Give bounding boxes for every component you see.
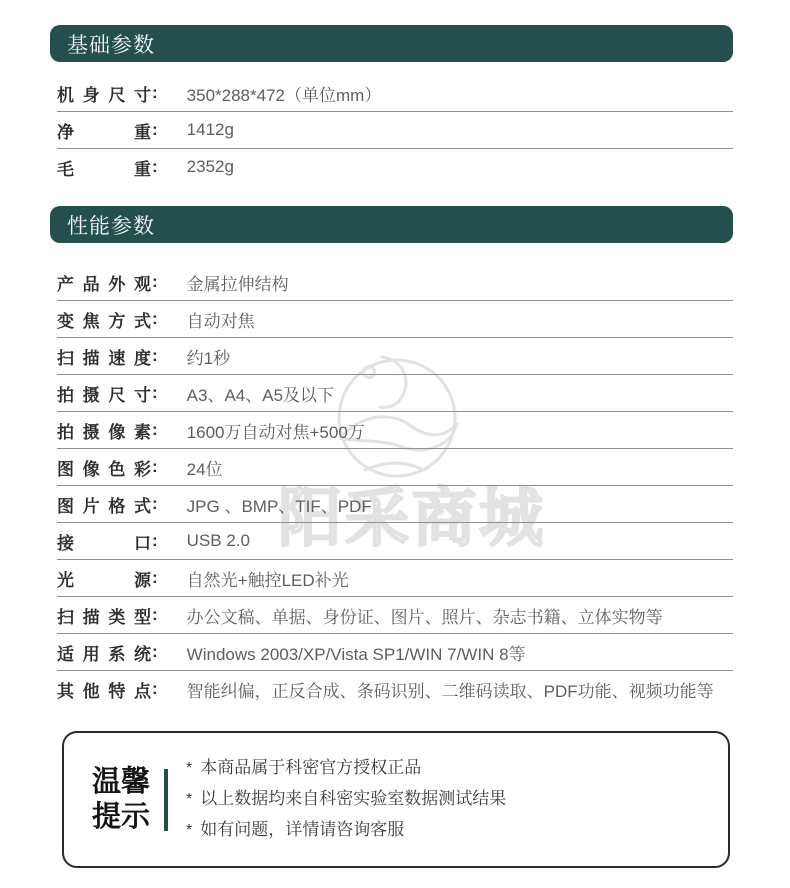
basic-spec-table: 机身尺寸: 350*288*472（单位mm） 净重: 1412g 毛重: 23… <box>57 75 733 185</box>
spec-colon: : <box>152 272 158 292</box>
spec-value: USB 2.0 <box>187 531 250 551</box>
spec-colon: : <box>152 157 158 177</box>
spec-colon: : <box>152 679 158 699</box>
product-spec-page: 基础参数 机身尺寸: 350*288*472（单位mm） 净重: 1412g 毛… <box>0 25 790 868</box>
spec-label: 毛重 <box>57 155 151 180</box>
spec-row: 净重: 1412g <box>57 112 733 149</box>
spec-row: 其他特点: 智能纠偏，正反合成、条码识别、二维码读取、PDF功能、视频功能等 <box>57 671 733 707</box>
spec-colon: : <box>152 120 158 140</box>
spec-colon: : <box>152 531 158 551</box>
spec-label: 拍摄尺寸 <box>57 381 151 406</box>
spec-value: 24位 <box>187 455 223 480</box>
spec-row: 扫描类型: 办公文稿、单据、身份证、图片、照片、杂志书籍、立体实物等 <box>57 597 733 634</box>
spec-value: 1600万自动对焦+500万 <box>187 418 365 443</box>
spec-label: 机身尺寸 <box>57 81 151 106</box>
spec-label: 扫描类型 <box>57 603 151 628</box>
spec-colon: : <box>152 494 158 514</box>
section-header-basic: 基础参数 <box>50 25 733 62</box>
spec-value: 金属拉伸结构 <box>187 270 289 295</box>
spec-row: 毛重: 2352g <box>57 149 733 185</box>
tip-item: *如有问题，详情请咨询客服 <box>186 815 506 846</box>
asterisk-bullet: * <box>186 816 192 846</box>
section-title: 性能参数 <box>67 210 155 240</box>
spec-label: 产品外观 <box>57 270 151 295</box>
spec-colon: : <box>152 420 158 440</box>
spec-colon: : <box>152 383 158 403</box>
spec-value: A3、A4、A5及以下 <box>187 381 334 406</box>
tip-text: 如有问题，详情请咨询客服 <box>200 820 404 839</box>
spec-value: 办公文稿、单据、身份证、图片、照片、杂志书籍、立体实物等 <box>187 603 663 628</box>
performance-spec-table: 产品外观: 金属拉伸结构 变焦方式: 自动对焦 扫描速度: 约1秒 拍摄尺寸: … <box>57 264 733 707</box>
section-header-performance: 性能参数 <box>50 206 733 243</box>
tips-list: *本商品属于科密官方授权正品 *以上数据均来自科密实验室数据测试结果 *如有问题… <box>186 753 506 846</box>
spec-row: 接口: USB 2.0 <box>57 523 733 560</box>
tips-box: 温馨 提示 *本商品属于科密官方授权正品 *以上数据均来自科密实验室数据测试结果… <box>62 731 730 868</box>
spec-row: 拍摄尺寸: A3、A4、A5及以下 <box>57 375 733 412</box>
spec-value: 1412g <box>187 120 234 140</box>
spec-row: 机身尺寸: 350*288*472（单位mm） <box>57 75 733 112</box>
tips-divider <box>164 769 168 831</box>
spec-value: JPG 、BMP、TIF、PDF <box>187 492 372 517</box>
spec-colon: : <box>152 605 158 625</box>
spec-label: 适用系统 <box>57 640 151 665</box>
tips-title-line1: 温馨 <box>92 765 152 800</box>
spec-label: 净重 <box>57 118 151 143</box>
spec-row: 图片格式: JPG 、BMP、TIF、PDF <box>57 486 733 523</box>
spec-label: 图片格式 <box>57 492 151 517</box>
tip-text: 以上数据均来自科密实验室数据测试结果 <box>200 789 506 808</box>
spec-value: 2352g <box>187 157 234 177</box>
spec-row: 光源: 自然光+触控LED补光 <box>57 560 733 597</box>
spec-label: 图像色彩 <box>57 455 151 480</box>
spec-label: 其他特点 <box>57 677 151 702</box>
spec-value: 智能纠偏，正反合成、条码识别、二维码读取、PDF功能、视频功能等 <box>187 677 714 702</box>
tip-item: *本商品属于科密官方授权正品 <box>186 753 506 784</box>
tips-title: 温馨 提示 <box>92 765 152 835</box>
spec-row: 适用系统: Windows 2003/XP/Vista SP1/WIN 7/WI… <box>57 634 733 671</box>
spec-colon: : <box>152 346 158 366</box>
asterisk-bullet: * <box>186 754 192 784</box>
spec-value: 自然光+触控LED补光 <box>187 566 349 591</box>
spec-value: 350*288*472（单位mm） <box>187 81 382 106</box>
spec-label: 光源 <box>57 566 151 591</box>
spec-row: 图像色彩: 24位 <box>57 449 733 486</box>
spec-colon: : <box>152 642 158 662</box>
spec-row: 扫描速度: 约1秒 <box>57 338 733 375</box>
spec-value: 约1秒 <box>187 344 230 369</box>
tip-item: *以上数据均来自科密实验室数据测试结果 <box>186 784 506 815</box>
spec-label: 接口 <box>57 529 151 554</box>
spec-value: 自动对焦 <box>187 307 255 332</box>
spec-label: 扫描速度 <box>57 344 151 369</box>
tips-title-line2: 提示 <box>92 800 152 835</box>
spec-colon: : <box>152 568 158 588</box>
spec-row: 变焦方式: 自动对焦 <box>57 301 733 338</box>
spec-colon: : <box>152 457 158 477</box>
spec-row: 产品外观: 金属拉伸结构 <box>57 264 733 301</box>
spec-row: 拍摄像素: 1600万自动对焦+500万 <box>57 412 733 449</box>
spec-colon: : <box>152 309 158 329</box>
spec-value: Windows 2003/XP/Vista SP1/WIN 7/WIN 8等 <box>187 640 526 665</box>
asterisk-bullet: * <box>186 785 192 815</box>
tip-text: 本商品属于科密官方授权正品 <box>200 758 421 777</box>
spec-colon: : <box>152 83 158 103</box>
spec-label: 变焦方式 <box>57 307 151 332</box>
spec-label: 拍摄像素 <box>57 418 151 443</box>
section-title: 基础参数 <box>67 29 155 59</box>
